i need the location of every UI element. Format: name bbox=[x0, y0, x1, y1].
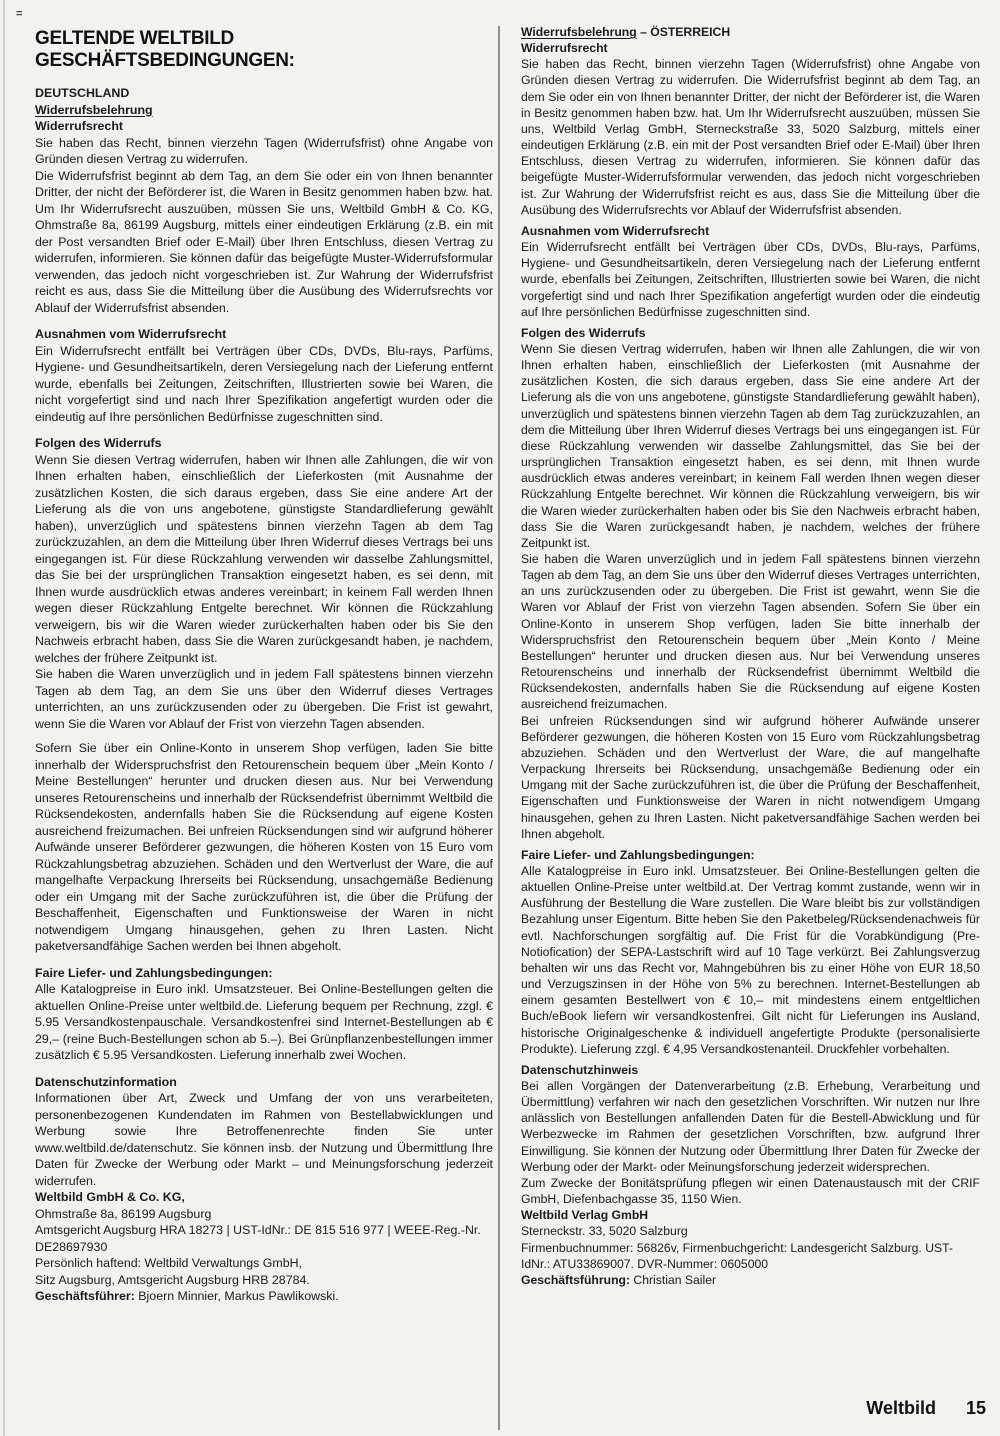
terms-page: = GELTENDE WELTBILD GESCHÄFTSBEDINGUNGEN… bbox=[0, 0, 1000, 1436]
heading-ausnahmen-de: Ausnahmen vom Widerrufsrecht bbox=[35, 326, 493, 343]
para-folgen-de-1: Wenn Sie diesen Vertrag widerrufen, habe… bbox=[35, 452, 493, 667]
heading-datenschutz-de: Datenschutzinformation bbox=[35, 1074, 493, 1091]
managing-directors-names-de: Bjoern Minnier, Markus Pawlikowski. bbox=[135, 1289, 339, 1303]
country-heading-deutschland: DEUTSCHLAND bbox=[35, 85, 493, 102]
company-address-de: Ohmstraße 8a, 86199 Augsburg bbox=[35, 1206, 493, 1223]
company-register-de: Amtsgericht Augsburg HRA 18273 | UST-IdN… bbox=[35, 1222, 493, 1255]
para-datenschutz-de: Informationen über Art, Zweck und Umfang… bbox=[35, 1090, 493, 1189]
heading-widerrufsrecht-at: Widerrufsrecht bbox=[521, 40, 980, 56]
company-register-at: Firmenbuchnummer: 56826v, Firmenbuchgeri… bbox=[521, 1240, 980, 1272]
para-ausnahmen-de: Ein Widerrufsrecht entfällt bei Verträge… bbox=[35, 343, 493, 426]
para-bonitaet-at: Zum Zwecke der Bonitätsprüfung pflegen w… bbox=[521, 1175, 980, 1207]
heading-widerrufsbelehrung-de: Widerrufsbelehrung bbox=[35, 102, 493, 119]
footer-page-number: 15 bbox=[966, 1398, 986, 1418]
company-liable-de: Persönlich haftend: Weltbild Verwaltungs… bbox=[35, 1255, 493, 1272]
company-address-at: Sterneckstr. 33, 5020 Salzburg bbox=[521, 1223, 980, 1239]
para-widerrufsrecht-de-2: Die Widerrufsfrist beginnt ab dem Tag, a… bbox=[35, 168, 493, 317]
para-folgen-at-1: Wenn Sie diesen Vertrag widerrufen, habe… bbox=[521, 341, 980, 551]
para-widerrufsrecht-de-1: Sie haben das Recht, binnen vierzehn Tag… bbox=[35, 135, 493, 168]
managing-directors-names-at: Christian Sailer bbox=[630, 1273, 716, 1287]
page-left-edge bbox=[3, 0, 5, 1436]
managing-directors-label-at: Geschäftsführung: bbox=[521, 1273, 630, 1287]
heading-widerrufsrecht-de: Widerrufsrecht bbox=[35, 118, 493, 135]
para-datenschutz-at: Bei allen Vorgängen der Datenverarbeitun… bbox=[521, 1078, 980, 1175]
para-widerrufsrecht-at: Sie haben das Recht, binnen vierzehn Tag… bbox=[521, 56, 980, 218]
company-name-de: Weltbild GmbH & Co. KG, bbox=[35, 1189, 493, 1206]
heading-widerrufsbelehrung-at-country: – ÖSTERREICH bbox=[637, 25, 730, 39]
heading-widerrufsbelehrung-at-underlined: Widerrufsbelehrung bbox=[521, 25, 637, 39]
page-footer: Weltbild15 bbox=[866, 1398, 986, 1419]
para-retoure-de: Sofern Sie über ein Online-Konto in unse… bbox=[35, 740, 493, 955]
para-lieferbedingungen-de: Alle Katalogpreise in Euro inkl. Umsatzs… bbox=[35, 981, 493, 1064]
managing-directors-label-de: Geschäftsführer: bbox=[35, 1289, 135, 1303]
para-folgen-de-2: Sie haben die Waren unverzüglich und in … bbox=[35, 666, 493, 732]
page-corner-mark: = bbox=[16, 8, 22, 20]
managing-directors-at: Geschäftsführung: Christian Sailer bbox=[521, 1272, 980, 1288]
footer-brand: Weltbild bbox=[866, 1398, 936, 1418]
heading-lieferbedingungen-de: Faire Liefer- und Zahlungsbedingungen: bbox=[35, 965, 493, 982]
column-germany: GELTENDE WELTBILD GESCHÄFTSBEDINGUNGEN: … bbox=[35, 28, 493, 1305]
company-name-at: Weltbild Verlag GmbH bbox=[521, 1207, 980, 1223]
para-ruecksendungen-at: Bei unfreien Rücksendungen sind wir aufg… bbox=[521, 713, 980, 842]
heading-datenschutz-at: Datenschutzhinweis bbox=[521, 1062, 980, 1078]
para-folgen-at-2: Sie haben die Waren unverzüglich und in … bbox=[521, 551, 980, 713]
heading-folgen-de: Folgen des Widerrufs bbox=[35, 435, 493, 452]
column-divider bbox=[498, 26, 500, 1430]
heading-folgen-at: Folgen des Widerrufs bbox=[521, 325, 980, 341]
company-seat-de: Sitz Augsburg, Amtsgericht Augsburg HRB … bbox=[35, 1272, 493, 1289]
column-austria: Widerrufsbelehrung – ÖSTERREICH Widerruf… bbox=[521, 24, 980, 1288]
page-title: GELTENDE WELTBILD GESCHÄFTSBEDINGUNGEN: bbox=[35, 28, 493, 72]
managing-directors-de: Geschäftsführer: Bjoern Minnier, Markus … bbox=[35, 1288, 493, 1305]
heading-ausnahmen-at: Ausnahmen vom Widerrufsrecht bbox=[521, 223, 980, 239]
heading-lieferbedingungen-at: Faire Liefer- und Zahlungsbedingungen: bbox=[521, 847, 980, 863]
heading-widerrufsbelehrung-at: Widerrufsbelehrung – ÖSTERREICH bbox=[521, 24, 980, 40]
para-ausnahmen-at: Ein Widerrufsrecht entfällt bei Verträge… bbox=[521, 239, 980, 320]
para-lieferbedingungen-at: Alle Katalogpreise in Euro inkl. Umsatzs… bbox=[521, 863, 980, 1057]
